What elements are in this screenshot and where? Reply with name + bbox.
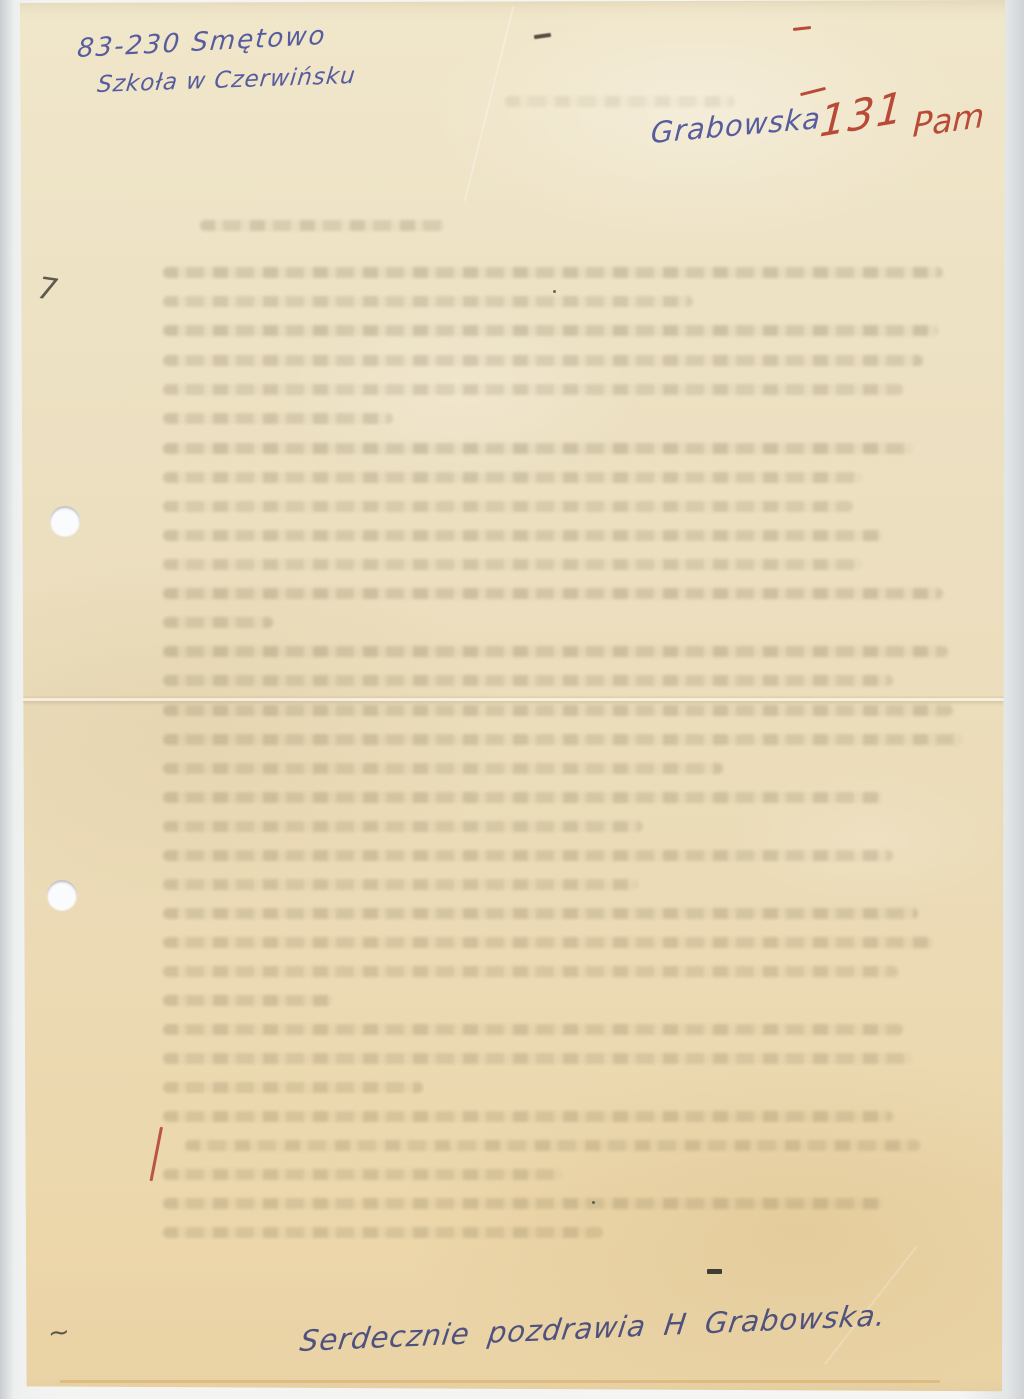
faded-typed-line	[163, 617, 273, 628]
faded-typed-line	[185, 1140, 920, 1151]
red-overline-mark	[800, 87, 826, 96]
faded-typed-line	[163, 325, 938, 336]
faded-typed-line	[163, 1198, 883, 1209]
faded-typed-line	[163, 296, 693, 307]
handwritten-name-grabowska: Grabowska	[650, 101, 822, 150]
scanner-background: 83-230 Smętowo Szkoła w Czerwińsku Grabo…	[0, 0, 1024, 1399]
faded-typed-line	[163, 734, 963, 745]
ink-speck	[592, 1201, 595, 1204]
hole-punch-lower	[47, 880, 77, 910]
faded-typed-line	[163, 821, 643, 832]
faded-typed-line	[163, 1169, 563, 1180]
faded-typed-line	[200, 220, 445, 231]
faded-typed-line	[163, 1227, 603, 1238]
faded-typed-line	[163, 792, 883, 803]
ink-speck	[553, 290, 556, 293]
faded-typed-line	[163, 1082, 423, 1093]
faded-typed-line	[163, 267, 943, 278]
faded-typed-line	[163, 588, 943, 599]
faded-typed-line	[163, 443, 913, 454]
faded-typed-line	[163, 995, 333, 1006]
faded-typed-line	[163, 937, 933, 948]
faded-typed-line	[163, 1053, 913, 1064]
paper-bottom-edge-shadow	[60, 1380, 940, 1383]
pen-mark-seven: 7	[36, 271, 60, 308]
faded-typed-line	[163, 879, 638, 890]
faded-typed-line	[163, 908, 918, 919]
faded-typed-line	[163, 1024, 903, 1035]
faded-typed-line	[163, 472, 863, 483]
red-slash-mark	[150, 1127, 163, 1182]
faded-typed-line	[163, 966, 898, 977]
faded-typed-line	[163, 559, 863, 570]
faded-typed-line	[163, 384, 903, 395]
handwritten-address-line1: 83-230 Smętowo	[76, 21, 328, 64]
faded-typed-line	[163, 501, 853, 512]
page-top-smudge-mark	[534, 33, 551, 39]
handwritten-address-line2: Szkoła w Czerwińsku	[96, 63, 357, 98]
faded-typed-line	[163, 355, 923, 366]
faded-typed-line	[505, 96, 735, 107]
faded-typed-line	[163, 763, 723, 774]
horizontal-fold-crease	[20, 698, 1005, 701]
letter-paper-sheet: 83-230 Smętowo Szkoła w Czerwińsku Grabo…	[0, 0, 1024, 1399]
faded-typed-line	[163, 646, 948, 657]
hole-punch-upper	[50, 506, 80, 536]
red-dash-mark-top	[793, 26, 811, 31]
handwritten-signature: Serdecznie pozdrawia H Grabowska.	[298, 1298, 888, 1358]
faded-typed-line	[163, 530, 883, 541]
faded-typed-line	[163, 850, 893, 861]
faded-typed-line	[163, 675, 893, 686]
faded-typed-line	[163, 705, 953, 716]
handwritten-word-pam: Pam	[912, 95, 985, 145]
handwritten-number-131: 131	[818, 82, 906, 147]
center-dash-mark	[707, 1269, 722, 1274]
squiggle-mark: ~	[46, 1317, 71, 1349]
faded-typed-line	[163, 413, 393, 424]
faded-typed-line	[163, 1111, 893, 1122]
